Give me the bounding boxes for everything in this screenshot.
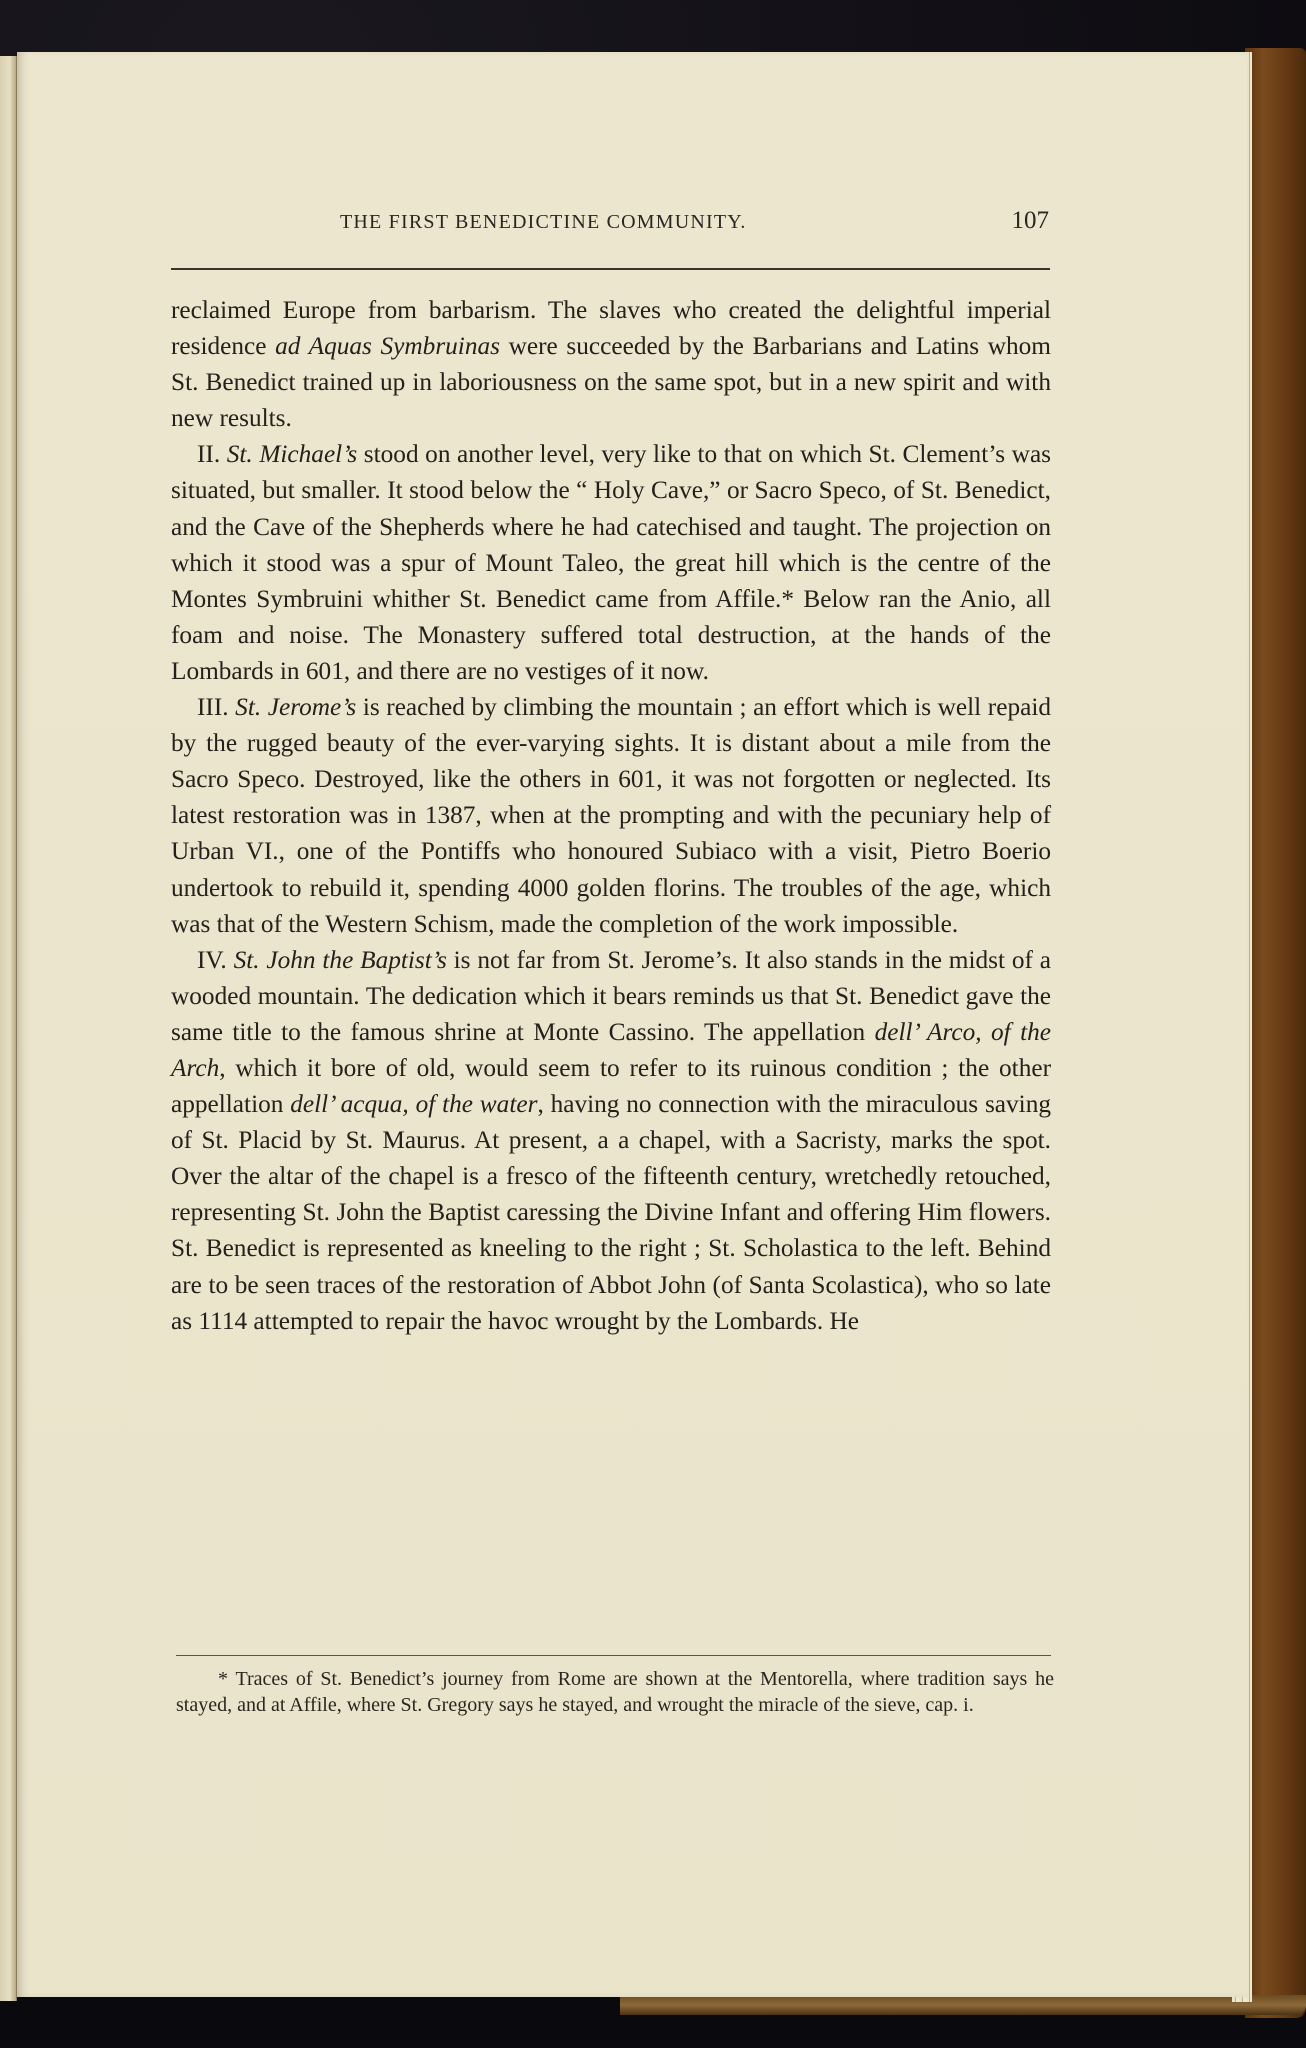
running-head: THE FIRST BENEDICTINE COMMUNITY. [340, 206, 747, 238]
italic-title: St. John the Baptist’s [234, 946, 447, 974]
book-cover-edge [1245, 48, 1306, 2018]
paragraph-3: III. St. Jerome’s is reached by climbing… [171, 689, 1051, 942]
footnote-rule [176, 1655, 1051, 1656]
page-header: THE FIRST BENEDICTINE COMMUNITY. 107 [163, 206, 1053, 246]
footnote-text: * Traces of St. Benedict’s journey from … [176, 1666, 1054, 1718]
italic-phrase: ad Aquas Symbruinas [275, 332, 500, 360]
page-number: 107 [1012, 206, 1050, 236]
section-numeral: IV. [197, 946, 234, 974]
paragraph-4: IV. St. John the Baptist’s is not far fr… [171, 942, 1051, 1339]
italic-title: St. Michael’s [227, 440, 357, 468]
paragraph-2: II. St. Michael’s stood on another level… [171, 436, 1051, 689]
text-span: is reached by climbing the mountain ; an… [171, 693, 1051, 938]
section-numeral: III. [197, 693, 235, 721]
body-text: reclaimed Europe from barbarism. The sla… [171, 292, 1051, 1339]
text-span: , having no connection with the miraculo… [171, 1090, 1051, 1335]
section-numeral: II. [197, 440, 227, 468]
italic-title: St. Jerome’s [235, 693, 356, 721]
footnote: * Traces of St. Benedict’s journey from … [176, 1666, 1054, 1718]
header-rule [171, 268, 1050, 270]
book-cover-bottom-edge [620, 1995, 1306, 2015]
italic-phrase: dell’ acqua, of the water [290, 1090, 537, 1118]
text-span: stood on another level, very like to tha… [171, 440, 1051, 685]
previous-page-edge [0, 56, 17, 2001]
paragraph-1: reclaimed Europe from barbarism. The sla… [171, 292, 1051, 436]
